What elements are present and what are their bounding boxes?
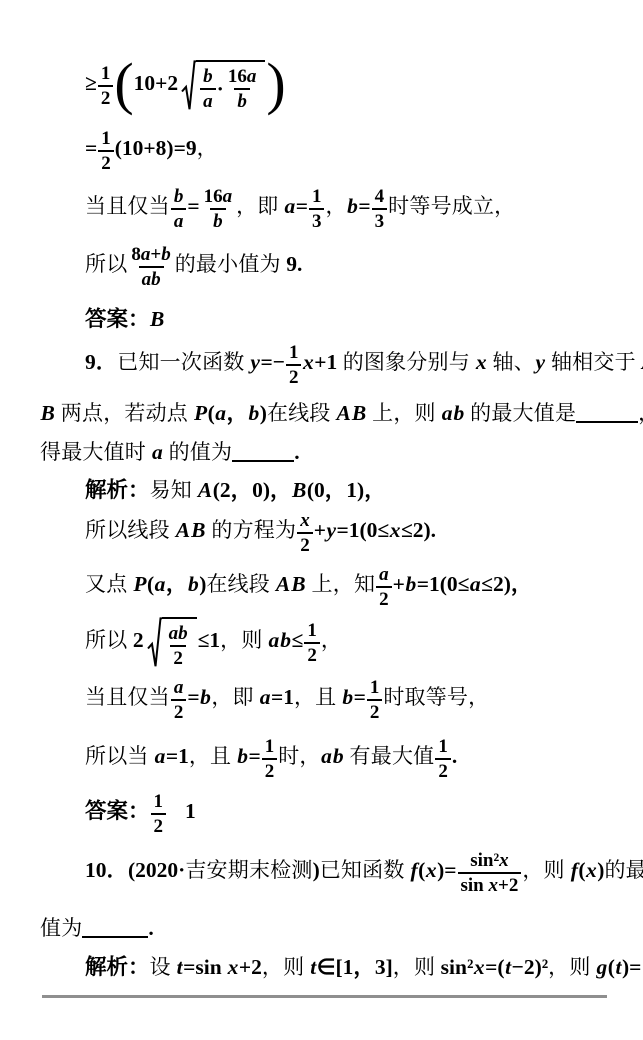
radical: ba·16ab <box>181 60 265 113</box>
text-run: 已知函数 <box>320 858 410 882</box>
solution-10-line-1: 解析：设 t=sin x+2，则 t∈[1，3]，则 sin²x=(t−2)²，… <box>40 947 613 983</box>
math-run: (10+8)=9 <box>115 136 197 160</box>
line-content: 当且仅当ba=16ab，即 a=13，b=43时等号成立， <box>85 186 515 233</box>
fraction-denominator: a <box>171 208 187 232</box>
math-run: =b <box>187 685 211 709</box>
text-run: 吉安期末检测 <box>185 858 312 882</box>
text-run: 所以当 <box>85 744 154 768</box>
text-run: 所以 <box>85 252 127 276</box>
fraction-numerator: 1 <box>435 736 451 758</box>
text-run: ，取 <box>638 401 643 425</box>
math-run: f(x) <box>570 858 604 882</box>
fraction-denominator: 2 <box>367 699 383 723</box>
fraction-numerator: 1 <box>286 342 302 364</box>
math-run: t∈[1，3] <box>310 955 393 979</box>
formula-line-ineq-expansion: ≥12(10+2ba·16ab) <box>40 50 613 122</box>
fraction-denominator: 2 <box>304 642 320 666</box>
text-run: 所以 <box>85 628 133 652</box>
text-run: ，则 <box>262 955 310 979</box>
solution-9-line-1: 解析：易知 A(2，0)，B(0，1)， <box>40 470 613 507</box>
radical-sign-icon <box>181 60 196 113</box>
fraction: a2 <box>171 677 187 724</box>
fraction: 13 <box>309 186 325 233</box>
bold-label: 解析： <box>85 478 150 502</box>
fraction-numerator: 16a <box>201 186 236 208</box>
math-run: a=1 <box>154 744 189 768</box>
text-run: 上，则 <box>367 401 442 425</box>
text-run: 的值为 <box>163 440 232 464</box>
question-9-line-3: 得最大值时 a 的值为. <box>40 431 613 470</box>
fraction-numerator: 1 <box>98 63 114 85</box>
line-content: 答案：B <box>85 302 165 333</box>
math-run: ) <box>313 858 320 882</box>
text-run: ，则 <box>393 955 441 979</box>
formula-line-minimum: 所以8a+bab的最小值为 9. <box>40 238 613 296</box>
text-run: 当且仅当 <box>85 194 170 218</box>
fraction-numerator: ab <box>166 623 191 645</box>
line-content: 值为. <box>40 912 154 942</box>
line-content: 所以8a+bab的最小值为 9. <box>85 244 302 291</box>
fraction-denominator: 2 <box>286 364 302 388</box>
math-run: b= <box>342 685 366 709</box>
fraction-numerator: 16a <box>225 66 260 88</box>
fraction-numerator: 8a+b <box>128 244 173 266</box>
text-run: ，则 <box>548 955 596 979</box>
solution-9-line-3: 又点 P(a，b)在线段 AB 上，知a2+b=1(0≤a≤2)， <box>40 559 613 615</box>
math-run: a= <box>284 194 308 218</box>
fraction-denominator: 2 <box>376 586 392 610</box>
fraction-denominator: 2 <box>151 813 167 837</box>
text-run: 轴相交于 <box>546 350 642 374</box>
text-run: 上，知 <box>306 572 375 596</box>
bold-label: 答案： <box>85 307 150 331</box>
text-run: ，且 <box>189 744 237 768</box>
formula-line-result: =12(10+8)=9， <box>40 122 613 180</box>
fraction: sin²xsin x+2 <box>458 850 522 897</box>
fraction-numerator: 1 <box>262 736 278 758</box>
math-run: a=1 <box>259 685 294 709</box>
text-run: ，即 <box>236 194 284 218</box>
solution-9-line-4: 所以 2ab2≤1，则 ab≤12， <box>40 615 613 671</box>
line-content: 答案：121 <box>85 791 196 838</box>
fraction: 8a+bab <box>128 244 173 291</box>
math-run: y <box>535 350 546 374</box>
line-content: 解析：设 t=sin x+2，则 t∈[1，3]，则 sin²x=(t−2)²，… <box>85 950 641 981</box>
radicand: ba·16ab <box>196 60 265 113</box>
fraction: ba <box>171 186 187 233</box>
question-9-line-1: 9．已知一次函数 y=−12x+1 的图象分别与 x 轴、y 轴相交于 A， <box>40 338 613 392</box>
text-run: 有最大值 <box>344 744 434 768</box>
math-run: . <box>148 916 153 940</box>
fraction-denominator: 2 <box>98 150 114 174</box>
math-run: 2 <box>133 628 144 652</box>
math-run: (2020· <box>128 858 185 882</box>
line-content: ≥12(10+2ba·16ab) <box>85 60 286 113</box>
question-10-line-1: 10．(2020·吉安期末检测)已知函数 f(x)=sin²xsin x+2，则… <box>40 839 613 907</box>
fraction: a2 <box>376 564 392 611</box>
solution-9-line-2: 所以线段 AB 的方程为x2+y=1(0≤x≤2). <box>40 507 613 559</box>
line-content: 解析：易知 A(2，0)，B(0，1)， <box>85 473 386 504</box>
text-run: 的最小值为 <box>175 252 286 276</box>
text-run: ，则 <box>522 858 570 882</box>
fraction: ab2 <box>166 623 191 670</box>
text-run: 在线段 <box>206 572 275 596</box>
fraction: 12 <box>304 620 320 667</box>
fraction: 12 <box>98 128 114 175</box>
fraction-numerator: a <box>171 677 187 699</box>
text-run: 的方程为 <box>206 518 296 542</box>
line-content: 当且仅当a2=b，即 a=1，且 b=12时取等号， <box>85 677 489 724</box>
math-run: = <box>85 136 97 160</box>
math-run: A(2，0)，B(0，1)， <box>197 478 385 502</box>
text-run: 两点，若动点 <box>55 401 193 425</box>
math-run: 1 <box>185 799 196 823</box>
line-content: 所以 2ab2≤1，则 ab≤12， <box>85 617 342 670</box>
formula-line-equality-condition: 当且仅当ba=16ab，即 a=13，b=43时等号成立， <box>40 180 613 238</box>
fraction-numerator: 1 <box>151 791 167 813</box>
fraction-numerator: 1 <box>367 677 383 699</box>
line-content: 所以当 a=1，且 b=12时，ab 有最大值12. <box>85 736 457 783</box>
math-run: a <box>151 440 163 464</box>
math-run: +y=1(0≤x≤2). <box>314 518 436 542</box>
fraction-denominator: ab <box>139 266 164 290</box>
math-run: . <box>294 440 299 464</box>
text-run: 轴、 <box>487 350 535 374</box>
text-run: 又点 <box>85 572 133 596</box>
fraction: x2 <box>297 510 313 557</box>
text-run: 易知 <box>150 478 198 502</box>
math-run: y=− <box>250 350 285 374</box>
math-run: 10． <box>85 858 128 882</box>
text-run: 时取等号， <box>383 685 489 709</box>
bold-label: 解析： <box>85 955 150 979</box>
fraction-numerator: 4 <box>372 186 388 208</box>
fraction-denominator: sin x+2 <box>458 872 522 896</box>
math-run: x+1 <box>302 350 337 374</box>
fraction-numerator: a <box>376 564 392 586</box>
fraction: 12 <box>367 677 383 724</box>
math-run: ab <box>441 401 465 425</box>
fraction-denominator: 2 <box>98 85 114 109</box>
text-run: 时等号成立， <box>388 194 515 218</box>
radical: ab2 <box>147 617 197 670</box>
math-run: B <box>40 401 55 425</box>
solution-9-line-6: 所以当 a=1，且 b=12时，ab 有最大值12. <box>40 729 613 789</box>
fraction-denominator: 3 <box>372 208 388 232</box>
solution-9-line-5: 当且仅当a2=b，即 a=1，且 b=12时取等号， <box>40 671 613 729</box>
text-run: ， <box>325 194 346 218</box>
math-run: ab≤ <box>268 628 303 652</box>
math-run: AB <box>275 572 306 596</box>
math-run: sin²x=(t−2)² <box>441 955 549 979</box>
text-run: ，且 <box>294 685 342 709</box>
answer-line-q8: 答案：B <box>40 296 613 338</box>
fraction: 16ab <box>225 66 260 113</box>
line-content: 9．已知一次函数 y=−12x+1 的图象分别与 x 轴、y 轴相交于 A， <box>85 342 643 389</box>
radicand: ab2 <box>162 617 197 670</box>
fraction-numerator: 1 <box>98 128 114 150</box>
text-run: ，即 <box>211 685 259 709</box>
math-run: x <box>475 350 487 374</box>
fraction-numerator: b <box>171 186 187 208</box>
fraction-numerator: sin²x <box>467 850 511 872</box>
bold-label: 答案： <box>85 799 150 823</box>
fraction-denominator: 2 <box>170 645 186 669</box>
text-run: 的最大 <box>604 858 643 882</box>
fraction: 12 <box>151 791 167 838</box>
math-run: ab <box>321 744 345 768</box>
fraction-denominator: b <box>210 208 226 232</box>
fraction-numerator: x <box>297 510 313 532</box>
text-run: 当且仅当 <box>85 685 170 709</box>
math-run: +b=1(0≤a≤2)， <box>393 572 533 596</box>
math-run: b= <box>347 194 371 218</box>
text-run: 所以线段 <box>85 518 175 542</box>
text-run: 在线段 <box>267 401 336 425</box>
text-run: 的图象分别与 <box>337 350 475 374</box>
fraction: 43 <box>372 186 388 233</box>
math-run: 10+2 <box>134 71 179 95</box>
line-content: B 两点，若动点 P(a，b)在线段 AB 上，则 ab 的最大值是，取 <box>40 396 643 427</box>
text-run: 时， <box>278 744 320 768</box>
text-run: 设 <box>150 955 177 979</box>
page-divider <box>42 995 607 998</box>
text-run: ， <box>321 628 342 652</box>
fraction: 12 <box>435 736 451 783</box>
answer-blank <box>82 922 148 938</box>
line-content: 得最大值时 a 的值为. <box>40 436 300 466</box>
fraction-denominator: b <box>234 88 250 112</box>
math-run: 9. <box>286 252 302 276</box>
math-run: ≤1 <box>198 628 221 652</box>
radical-sign-icon <box>147 617 162 670</box>
fraction-numerator: b <box>200 66 216 88</box>
document-page: ≥12(10+2ba·16ab)=12(10+8)=9，当且仅当ba=16ab，… <box>0 0 643 998</box>
question-10-line-2: 值为. <box>40 907 613 947</box>
line-content: 所以线段 AB 的方程为x2+y=1(0≤x≤2). <box>85 510 436 557</box>
fraction: ba <box>200 66 216 113</box>
math-run: B <box>150 307 165 331</box>
math-run: AB <box>175 518 206 542</box>
fraction: 12 <box>286 342 302 389</box>
math-run: ≥ <box>85 71 97 95</box>
text-run: 得最大值时 <box>40 440 151 464</box>
answer-line-q9: 答案：121 <box>40 789 613 839</box>
math-run: P(a，b) <box>133 572 207 596</box>
math-run: AB <box>336 401 367 425</box>
text-run: 的最大值是 <box>465 401 576 425</box>
fraction-denominator: 2 <box>262 758 278 782</box>
fraction-numerator: 1 <box>304 620 320 642</box>
fraction-denominator: 2 <box>171 699 187 723</box>
fraction: 16ab <box>201 186 236 233</box>
math-run: f(x)= <box>410 858 457 882</box>
line-content: 10．(2020·吉安期末检测)已知函数 f(x)=sin²xsin x+2，则… <box>85 850 643 897</box>
fraction-numerator: 1 <box>309 186 325 208</box>
math-run: · <box>217 77 224 102</box>
math-run: P(a，b) <box>193 401 267 425</box>
text-run: 已知一次函数 <box>117 350 250 374</box>
fraction: 12 <box>98 63 114 110</box>
math-run: . <box>452 744 457 768</box>
text-run: 值为 <box>40 916 82 940</box>
math-run: = <box>187 194 199 218</box>
answer-blank <box>232 446 294 462</box>
fraction-denominator: 3 <box>309 208 325 232</box>
math-run: b= <box>237 744 261 768</box>
text-run: ， <box>197 136 218 160</box>
text-run: ，则 <box>220 628 268 652</box>
fraction-denominator: a <box>200 88 216 112</box>
fraction-denominator: 2 <box>297 532 313 556</box>
question-9-line-2: B 两点，若动点 P(a，b)在线段 AB 上，则 ab 的最大值是，取 <box>40 392 613 431</box>
math-run: t=sin x+2 <box>176 955 262 979</box>
fraction-denominator: 2 <box>435 758 451 782</box>
line-content: =12(10+8)=9， <box>85 128 218 175</box>
math-run: 9． <box>85 350 117 374</box>
math-run: g(t)= <box>596 955 641 979</box>
fraction: 12 <box>262 736 278 783</box>
line-content: 又点 P(a，b)在线段 AB 上，知a2+b=1(0≤a≤2)， <box>85 564 532 611</box>
answer-blank <box>576 407 638 423</box>
